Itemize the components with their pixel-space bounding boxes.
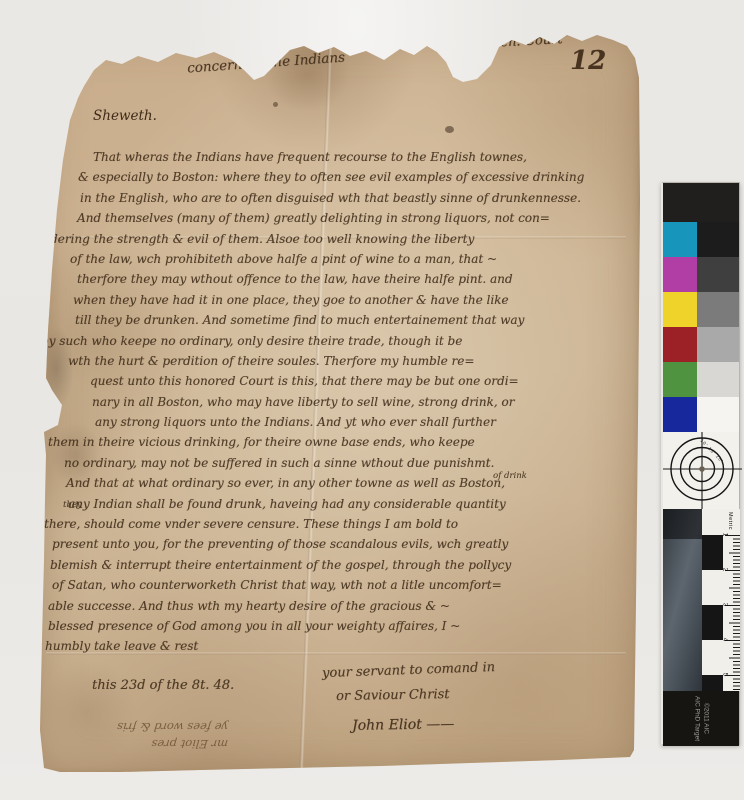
handwritten-line: & especially to Boston: where they to of…	[78, 167, 622, 187]
checker-block	[702, 605, 723, 640]
handwritten-line: any Indian shall be found drunk, haveing…	[68, 494, 622, 514]
handwritten-line: no ordinary, may not be suffered in such…	[64, 453, 622, 473]
color-patch-row	[663, 257, 739, 292]
target-black-footer: ©2011 AIC AIC PhD Target	[663, 691, 739, 746]
handwritten-line: That wheras the Indians have frequent re…	[93, 147, 622, 167]
credit-title: AIC PhD Target	[693, 696, 702, 741]
endorsement-line: mr Eliot pres	[41, 735, 229, 752]
interline-insertion: of drink	[493, 471, 527, 481]
checker-column	[702, 509, 723, 691]
ruler-number: 1	[721, 533, 728, 537]
grayscale-patch	[697, 222, 739, 257]
salutation: Sheweth.	[93, 108, 157, 124]
endorsement-line: ye fees word & fris	[41, 718, 229, 735]
torn-annotation-fragment: p~	[250, 41, 270, 57]
handwritten-line: sidering the strength & evil of them. Al…	[40, 229, 622, 249]
handwritten-line: therfore they may wthout offence to the …	[77, 269, 622, 289]
manuscript-paper: p~ John Eliot to the Gen: Court concerni…	[36, 30, 640, 775]
grayscale-patch	[697, 362, 739, 397]
color-patch	[663, 257, 697, 292]
ruler-number: 2	[721, 568, 728, 572]
handwritten-line: of Satan, who counterworketh Christ that…	[52, 575, 622, 595]
handwritten-line: able successe. And thus wth my hearty de…	[48, 596, 622, 616]
handwritten-line: any strong liquors unto the Indians. And…	[95, 412, 622, 432]
handwritten-line: of the law, wch prohibiteth above halfe …	[70, 249, 622, 269]
handwritten-line: And themselves (many of them) greatly de…	[77, 208, 622, 228]
ruler-number: 3	[721, 603, 728, 607]
closing-line: your servant to comand in	[322, 660, 495, 681]
ruler-number: 4	[721, 638, 728, 642]
color-patch	[663, 222, 697, 257]
ink-spot	[273, 102, 278, 107]
handwritten-line: blemish & interrupt theire entertainment…	[50, 555, 622, 575]
target-black-header	[663, 183, 739, 222]
grayscale-patch	[697, 397, 739, 432]
signature: John Eliot ——	[352, 716, 454, 734]
metric-scale: Metric 12345	[723, 509, 740, 691]
closing-line: or Saviour Christ	[336, 687, 450, 704]
interline-insertion: they	[63, 500, 82, 510]
grayscale-patch	[697, 327, 739, 362]
handwritten-line: wth the hurt & perdition of theire soule…	[68, 351, 622, 371]
handwritten-line: present unto you, for the preventing of …	[52, 534, 622, 554]
handwritten-line: humbly take leave & rest	[45, 636, 622, 656]
ruler-section: Metric 12345	[663, 509, 739, 691]
color-patch	[663, 292, 697, 327]
color-patch-row	[663, 397, 739, 432]
color-patch	[663, 327, 697, 362]
grayscale-patch	[697, 292, 739, 327]
handwritten-line: nary in all Boston, who may have liberty…	[92, 392, 622, 412]
photograph-canvas: p~ John Eliot to the Gen: Court concerni…	[0, 0, 744, 800]
handwritten-line: quest unto this honored Court is this, t…	[90, 371, 622, 391]
color-patch	[663, 362, 697, 397]
ruler-number: 5	[721, 673, 728, 677]
date-line: this 23d of the 8t. 48.	[92, 678, 234, 693]
handwritten-line: them in theire vicious drinking, for the…	[48, 432, 622, 452]
color-patch-row	[663, 327, 739, 362]
handwritten-line: in the English, who are to often disguis…	[80, 188, 622, 208]
handwritten-line: by such who keepe no ordinary, only desi…	[41, 331, 622, 351]
credit-copyright: ©2011 AIC	[701, 696, 710, 741]
checker-block	[702, 535, 723, 570]
metric-label: Metric	[727, 512, 733, 530]
docket-court-label: Gen: Court	[490, 32, 563, 51]
color-patch-grid	[663, 222, 739, 432]
letter-body: That wheras the Indians have frequent re…	[36, 147, 622, 657]
centimeter-ticks	[725, 535, 740, 692]
focus-target-section: 10' 15' 20'	[663, 432, 739, 509]
inverted-endorsement: mr Eliot presye fees word & fris	[42, 718, 228, 752]
page-number: 12	[570, 46, 606, 76]
gloss-strip	[663, 509, 702, 691]
handwritten-line: till they be drunken. And sometime find …	[75, 310, 622, 330]
docket-title-line2: concerning the Indians	[187, 50, 346, 77]
color-patch	[663, 397, 697, 432]
color-patch-row	[663, 362, 739, 397]
target-credit-label: ©2011 AIC AIC PhD Target	[674, 681, 729, 757]
handwritten-line: blessed presence of God among you in all…	[48, 616, 622, 636]
color-calibration-target: 10' 15' 20' Metric 12345	[661, 182, 740, 745]
grayscale-patch	[697, 257, 739, 292]
ink-spot	[445, 126, 454, 133]
color-patch-row	[663, 292, 739, 327]
handwritten-line: there, should come vnder severe censure.…	[44, 514, 622, 534]
handwritten-line: And that at what ordinary so ever, in an…	[66, 473, 622, 493]
color-patch-row	[663, 222, 739, 257]
handwritten-line: when they have had it in one place, they…	[73, 290, 622, 310]
docket-title-line1: John Eliot to the	[322, 28, 430, 47]
